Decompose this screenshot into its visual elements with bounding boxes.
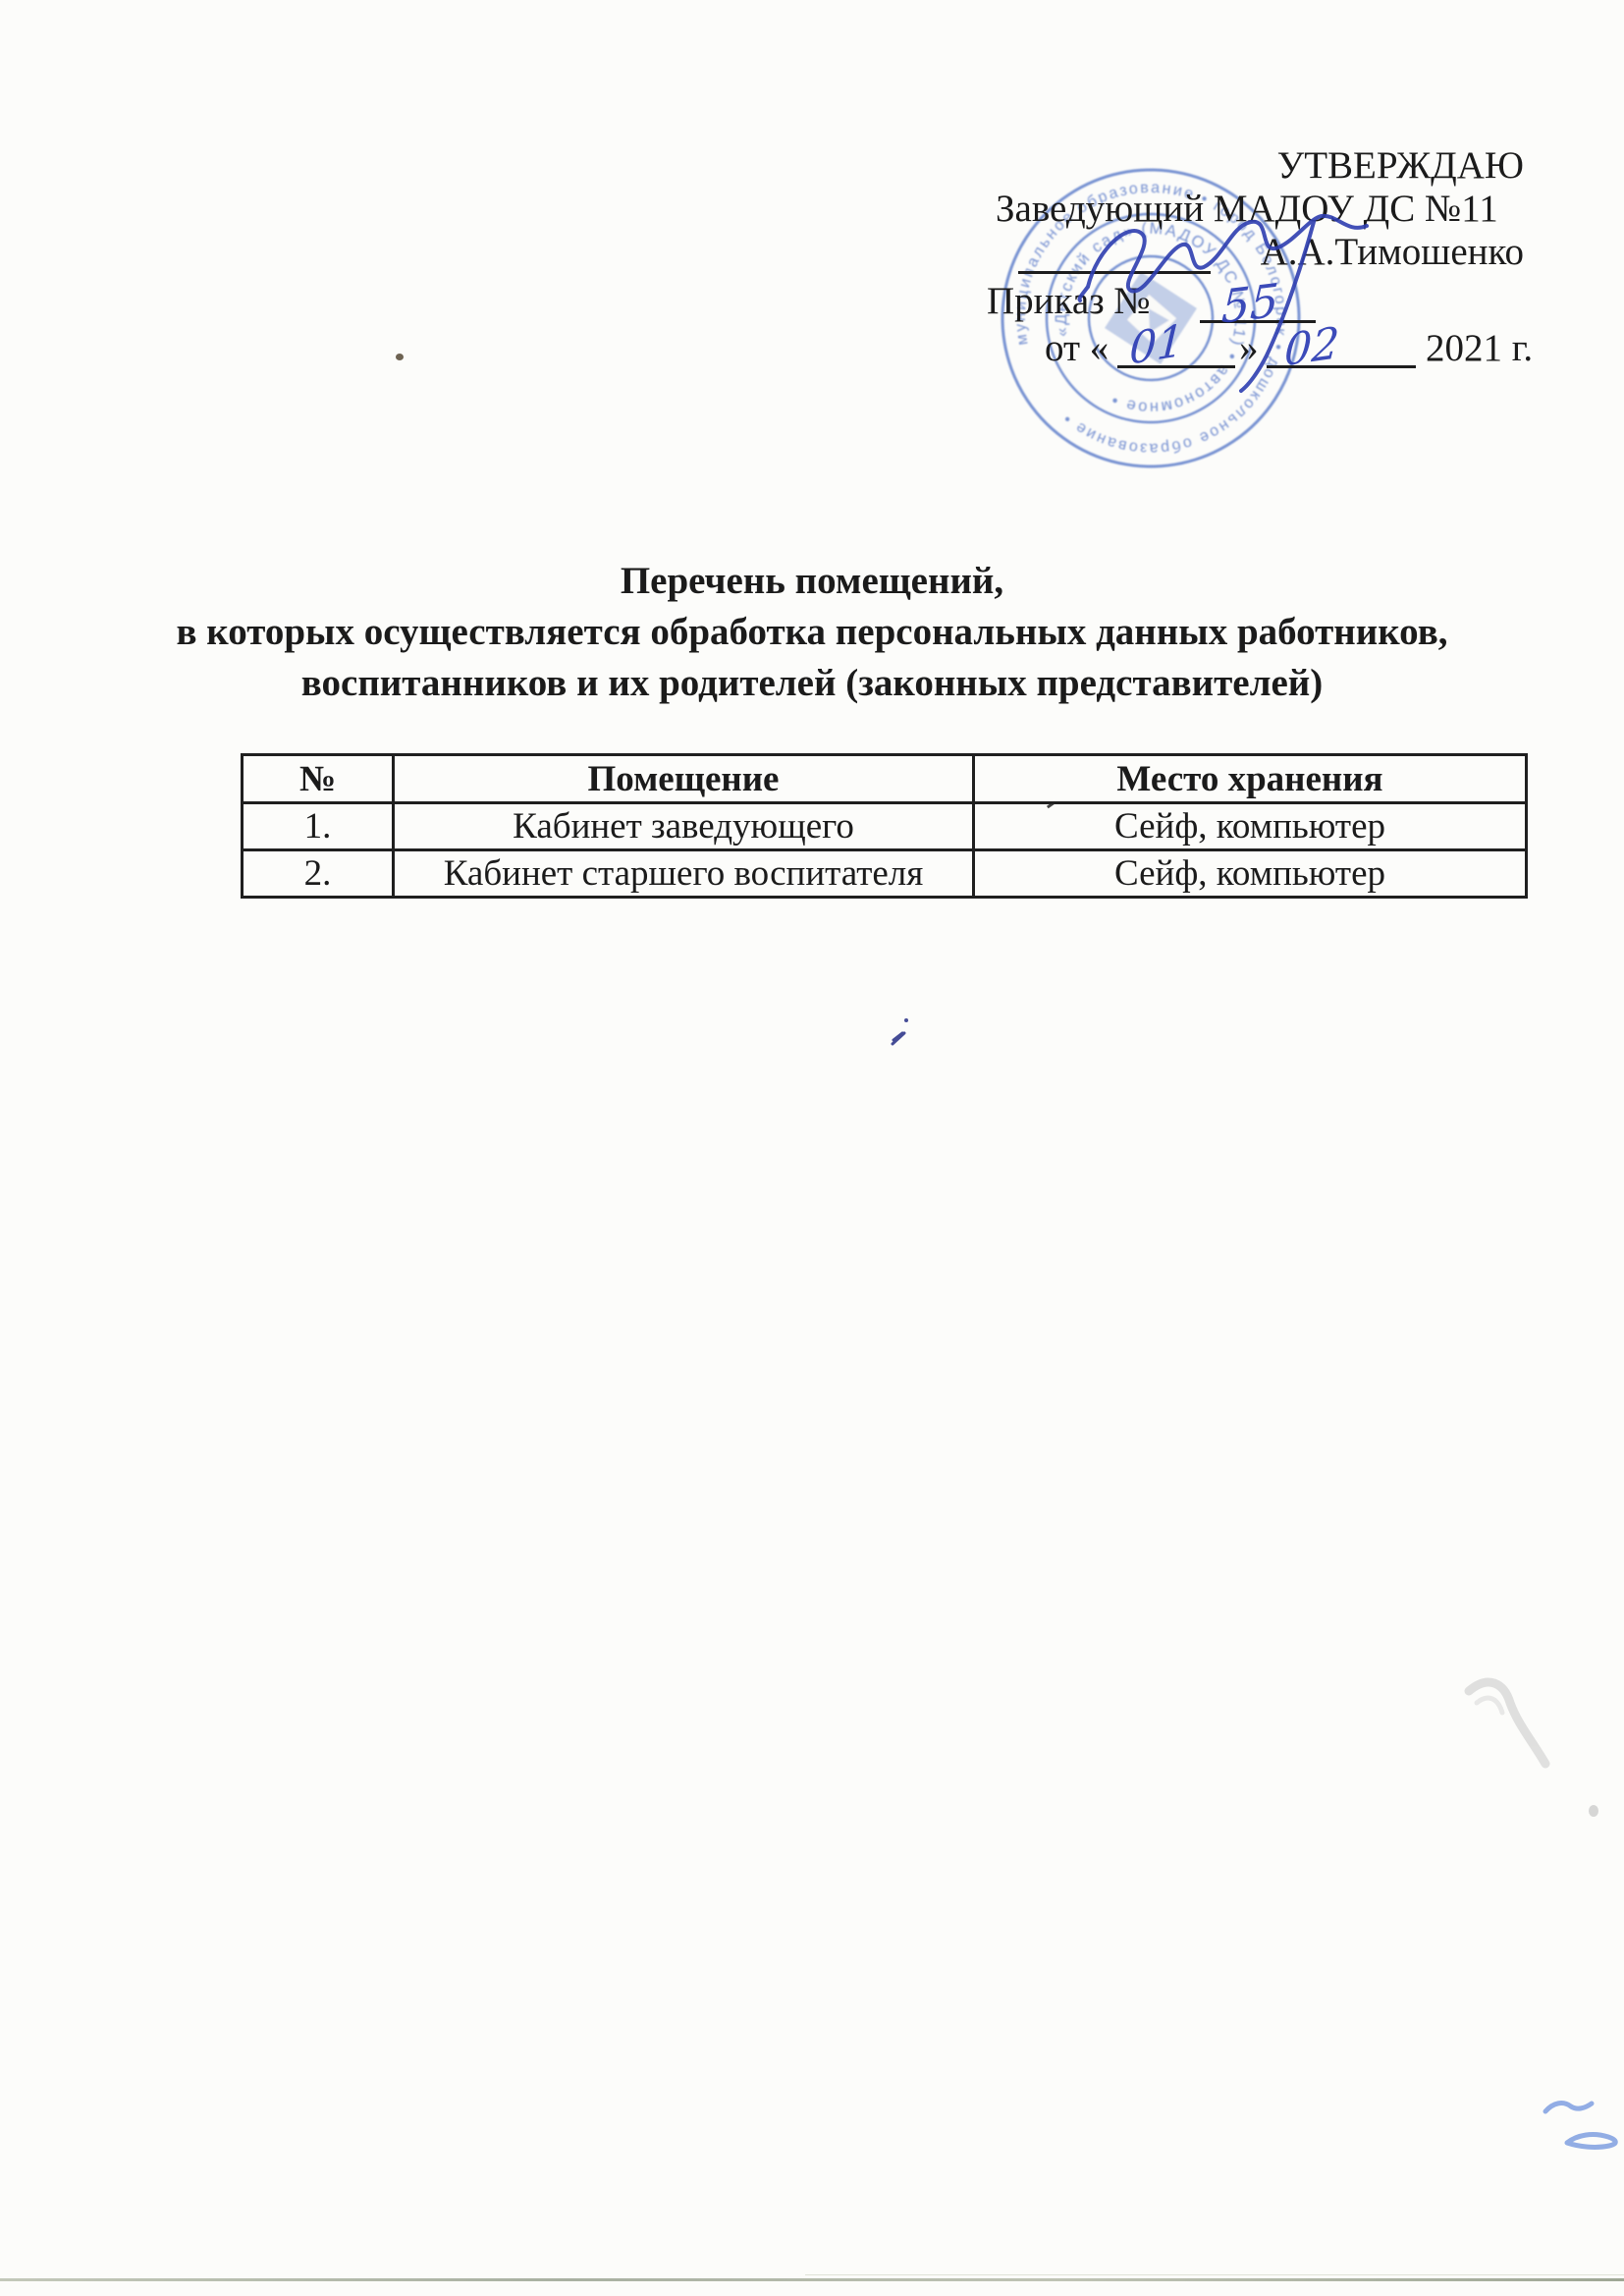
scan-artifact-smudge xyxy=(1461,1669,1569,1777)
header-storage: Место хранения xyxy=(974,755,1527,803)
room-cell: Кабинет старшего воспитателя xyxy=(394,850,974,898)
scan-artifact-ink-speck xyxy=(886,1013,915,1047)
storage-cell: Сейф, компьютер xyxy=(974,803,1527,850)
scan-artifact-speck xyxy=(396,354,404,360)
table-header-row: № Помещение Место хранения xyxy=(243,755,1527,803)
scan-edge-line-faint xyxy=(805,2274,1624,2275)
row-number-cell: 2. xyxy=(243,850,394,898)
document-title: Перечень помещений, в которых осуществля… xyxy=(0,556,1624,709)
storage-cell: Сейф, компьютер xyxy=(974,850,1527,898)
room-cell: Кабинет заведующего xyxy=(394,803,974,850)
title-line-3: воспитанников и их родителей (законных п… xyxy=(0,658,1624,709)
header-number: № xyxy=(243,755,394,803)
date-year-text: 2021 г. xyxy=(1426,326,1533,371)
scan-artifact-dot xyxy=(1589,1805,1598,1817)
scan-artifact-blue-marks xyxy=(1538,2092,1624,2165)
header-room: Помещение xyxy=(394,755,974,803)
table-row: 2. Кабинет старшего воспитателя Сейф, ко… xyxy=(243,850,1527,898)
title-line-1: Перечень помещений, xyxy=(0,556,1624,607)
approval-approve-word: УТВЕРЖДАЮ xyxy=(994,143,1524,189)
rooms-table: № Помещение Место хранения 1. Кабинет за… xyxy=(241,753,1528,899)
scan-edge-line xyxy=(0,2278,1624,2281)
handwritten-signature xyxy=(982,187,1434,412)
document-page: муниципальное образование • город Белого… xyxy=(0,0,1624,2296)
title-line-2: в которых осуществляется обработка персо… xyxy=(0,607,1624,658)
table-row: 1. Кабинет заведующего Сейф, компьютер xyxy=(243,803,1527,850)
row-number-cell: 1. xyxy=(243,803,394,850)
